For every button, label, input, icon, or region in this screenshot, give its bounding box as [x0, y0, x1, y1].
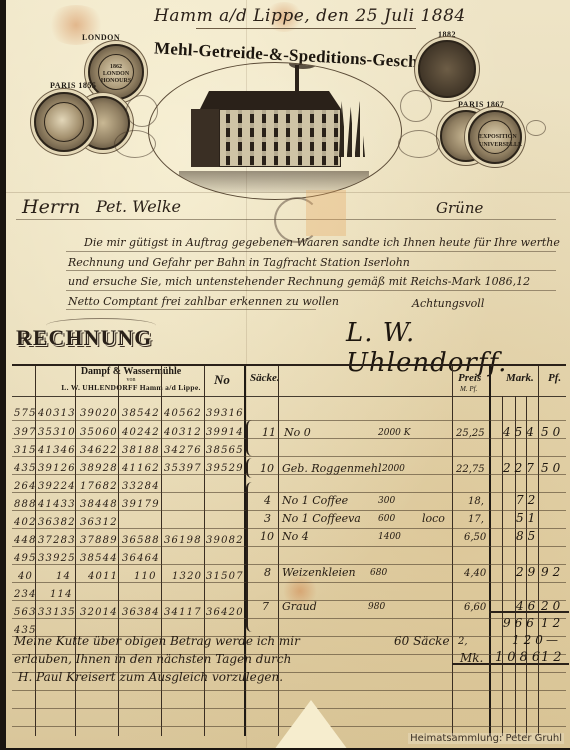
item-weight: 600: [378, 514, 395, 524]
recipient-name: Pet. Welke: [96, 197, 181, 216]
ruled-line: [12, 582, 566, 583]
ledger-cell: 38565: [206, 445, 244, 456]
grouping-brace: [246, 420, 254, 456]
mark-digit-line: [502, 396, 503, 736]
ornament-flourish: [400, 90, 432, 122]
ledger-cell: 41346: [38, 445, 76, 456]
subtotal-mark: 966: [503, 616, 538, 630]
ledger-cell: 36382: [38, 517, 76, 528]
item-pf: 92: [541, 565, 564, 579]
ruled-line: [66, 309, 316, 310]
footer-note-line: erlauben, Ihnen in den nächsten Tagen du…: [14, 652, 291, 666]
item-weight: 1400: [378, 532, 401, 542]
sack-charge-pf: —: [546, 633, 562, 647]
ledger-cell: 38542: [122, 408, 160, 419]
ledger-cell: 264: [14, 481, 37, 492]
item-description: No 4: [282, 530, 309, 543]
item-description: No 1 Coffeeva: [282, 512, 361, 525]
subtotal-pf: 12: [541, 616, 564, 630]
trees-icon: [339, 101, 365, 157]
ruled-line: [12, 456, 566, 457]
col-pf-header: Pf.: [548, 372, 561, 384]
item-pf: 50: [541, 425, 564, 439]
body-line: Rechnung und Gefahr per Bahn in Tagfrach…: [68, 256, 410, 269]
item-price: 6,60: [464, 602, 486, 613]
invoice-label: RECHNUNG: [16, 325, 152, 351]
ledger-cell: 36312: [80, 517, 118, 528]
ledger-cell: 35060: [80, 427, 118, 438]
total-mark: 1086: [495, 650, 544, 665]
ledger-cell: 41433: [38, 499, 76, 510]
ledger-cell: 33925: [38, 553, 76, 564]
ruled-line: [12, 528, 566, 529]
item-weight: 980: [368, 602, 385, 612]
col-price-subheader: M. Pf.: [460, 385, 477, 393]
pf-column-line: [538, 366, 539, 736]
ledger-cell: 33135: [38, 607, 76, 618]
ledger-cell: 32014: [80, 607, 118, 618]
mill-header: Dampf & Wassermühle von L. W. UHLENDORFF…: [36, 366, 226, 392]
ledger-cell: 38928: [80, 463, 118, 474]
salutation: Herrn: [22, 196, 80, 218]
ruled-line: [66, 290, 556, 291]
ruled-line: [66, 270, 556, 271]
item-weight: 2000: [382, 464, 405, 474]
item-sacks: 7: [262, 600, 269, 613]
invoice-document: Hamm a/d Lippe, den 25 Juli 1884 Mehl-Ge…: [6, 0, 570, 748]
item-price: 17,: [468, 514, 484, 525]
ledger-cell: 38188: [122, 445, 160, 456]
ledger-cell: 39914: [206, 427, 244, 438]
ledger-cell: 575: [14, 408, 37, 419]
ledger-cell: 34622: [80, 445, 118, 456]
col-mark-header: Mark.: [506, 372, 534, 384]
item-mark: 29: [516, 565, 539, 579]
ruled-line: [66, 251, 556, 252]
dateline: Hamm a/d Lippe, den 25 Juli 1884: [154, 6, 466, 26]
grouping-brace: [246, 482, 254, 632]
napoleon-medal-icon: [34, 92, 94, 152]
ledger-cell: 39126: [38, 463, 76, 474]
ruled-line: [12, 690, 566, 691]
ledger-cell: 39224: [38, 481, 76, 492]
ledger-cell: 435: [14, 463, 37, 474]
dateline-rule: [196, 28, 416, 29]
sack-charge-note: Meine Kutte über obigen Betrag werde ich…: [14, 634, 300, 648]
item-weight: 300: [378, 496, 395, 506]
item-sacks: 8: [264, 566, 271, 579]
item-description: Weizenkleien: [282, 566, 356, 579]
item-mark: 454: [503, 425, 538, 439]
ruled-line: [12, 420, 566, 421]
factory-illustration: [148, 62, 402, 200]
ruled-line: [12, 492, 566, 493]
item-sacks: 4: [264, 494, 271, 507]
ledger-cell: 40242: [122, 427, 160, 438]
price-column-line: [452, 366, 453, 736]
collection-credit: Heimatsammlung: Peter Gruhl: [408, 733, 564, 744]
ruled-line: [12, 618, 566, 619]
medal-label: PARIS 1855: [50, 81, 96, 90]
ledger-cell: 39082: [206, 535, 244, 546]
ruled-line: [12, 726, 566, 727]
ornament-flourish: [398, 130, 440, 158]
ruled-line: [12, 510, 566, 511]
item-description: Geb. Roggenmehl: [282, 462, 381, 475]
medal-text: EXPOSITION: [479, 133, 511, 141]
ledger-cell: 1320: [172, 571, 202, 582]
medal-label: 1882: [438, 30, 456, 39]
paris-1867-medal-icon: EXPOSITION UNIVERSELLE: [468, 110, 522, 164]
grouping-brace: [246, 458, 254, 478]
body-line: Netto Comptant frei zahlbar erkennen zu …: [68, 295, 339, 308]
mill-name: Dampf & Wassermühle: [36, 366, 226, 377]
ledger-cell: 110: [134, 571, 157, 582]
london-medal-icon: 1862 LONDON HONOURS: [88, 44, 144, 100]
ledger-cell: 40312: [164, 427, 202, 438]
item-description: No 0: [284, 426, 311, 439]
col-number-header: No: [214, 372, 230, 388]
mark-column-line: [489, 366, 491, 736]
ledger-cell: 448: [14, 535, 37, 546]
item-price: 22,75: [456, 464, 485, 475]
ledger-cell: 397: [14, 427, 37, 438]
signature: L. W. Uhlendorff.: [346, 318, 570, 378]
ledger-cell: 402: [14, 517, 37, 528]
ledger-cell: 37283: [38, 535, 76, 546]
medal-text: HONOURS: [99, 77, 133, 85]
col-price-header: Preis: [458, 372, 481, 384]
item-note: loco: [422, 512, 445, 525]
ledger-cell: 35310: [38, 427, 76, 438]
item-price: 6,50: [464, 532, 486, 543]
item-weight: 680: [370, 568, 387, 578]
item-pf: 20: [541, 599, 564, 613]
ledger-cell: 40562: [164, 408, 202, 419]
1882-medal-icon: [418, 40, 476, 98]
item-price: 4,40: [464, 568, 486, 579]
medal-label: LONDON: [82, 33, 120, 42]
ledger-cell: 36464: [122, 553, 160, 564]
ruled-line: [12, 546, 566, 547]
item-mark: 51: [516, 511, 539, 525]
mill-owner: L. W. UHLENDORFF Hamm a/d Lippe.: [36, 383, 226, 392]
ledger-cell: 39020: [80, 408, 118, 419]
ledger-cell: 40313: [38, 408, 76, 419]
ledger-cell: 33284: [122, 481, 160, 492]
item-mark: 227: [503, 461, 538, 475]
item-sacks: 11: [262, 426, 276, 439]
ledger-cell: 36198: [164, 535, 202, 546]
col-sacks-header: Säcke.: [250, 372, 280, 384]
ledger-cell: 37889: [80, 535, 118, 546]
item-description: No 1 Coffee: [282, 494, 348, 507]
ledger-cell: 40: [18, 571, 33, 582]
ledger-cell: 315: [14, 445, 37, 456]
ledger-cell: 495: [14, 553, 37, 564]
item-sacks: 10: [260, 530, 274, 543]
ledger-cell: 114: [50, 589, 73, 600]
ledger-cell: 4011: [88, 571, 118, 582]
ledger-cell: 35397: [164, 463, 202, 474]
item-pf: 50: [541, 461, 564, 475]
item-price: 25,25: [456, 428, 485, 439]
closing: Achtungsvoll: [412, 297, 484, 310]
ledger-cell: 41162: [122, 463, 160, 474]
ledger-cell: 34276: [164, 445, 202, 456]
body-line: Die mir gütigst in Auftrag gegebenen Waa…: [84, 236, 560, 249]
footer-note-line: H. Paul Kreisert zum Ausgleich vorzulege…: [18, 670, 283, 684]
sack-charge-qty: 60 Säcke: [394, 634, 450, 648]
item-weight: 2000 K: [378, 428, 411, 438]
ledger-cell: 36588: [122, 535, 160, 546]
ledger-cell: 31507: [206, 571, 244, 582]
ledger-cell: 17682: [80, 481, 118, 492]
ledger-cell: 39529: [206, 463, 244, 474]
factory-building-icon: [191, 91, 341, 181]
item-sacks: 10: [260, 462, 274, 475]
ledger-cell: 39179: [122, 499, 160, 510]
ledger-cell: 888: [14, 499, 37, 510]
ledger-cell: 38448: [80, 499, 118, 510]
item-mark: 72: [516, 493, 539, 507]
medal-label: PARIS 1867: [458, 100, 504, 109]
item-sacks: 3: [264, 512, 271, 525]
recipient-place: Grüne: [436, 199, 483, 217]
ledger-cell: 34117: [164, 607, 202, 618]
ruled-line: [12, 708, 566, 709]
item-price: 18,: [468, 496, 484, 507]
stamp-residue: [306, 190, 346, 236]
total-pf: 12: [541, 650, 566, 665]
item-mark: 85: [516, 529, 539, 543]
ledger-cell: 36420: [206, 607, 244, 618]
ledger-cell: 36384: [122, 607, 160, 618]
table-header-rule: [12, 396, 566, 397]
ornament-flourish: [526, 120, 546, 136]
ledger-cell: 38544: [80, 553, 118, 564]
ledger-cell: 14: [56, 571, 71, 582]
ledger-cell: 234: [14, 589, 37, 600]
medal-text: UNIVERSELLE: [479, 141, 511, 149]
item-description: Graud: [282, 600, 317, 613]
ledger-cell: 563: [14, 607, 37, 618]
total-label: Mk.: [460, 651, 483, 665]
sack-charge-mark: 120: [512, 633, 547, 647]
ledger-cell: 39316: [206, 408, 244, 419]
ruled-line: [12, 564, 566, 565]
item-mark: 46: [516, 599, 539, 613]
body-line: und ersuche Sie, mich untenstehender Rec…: [68, 275, 530, 288]
sack-charge-price: 2,: [458, 636, 468, 647]
